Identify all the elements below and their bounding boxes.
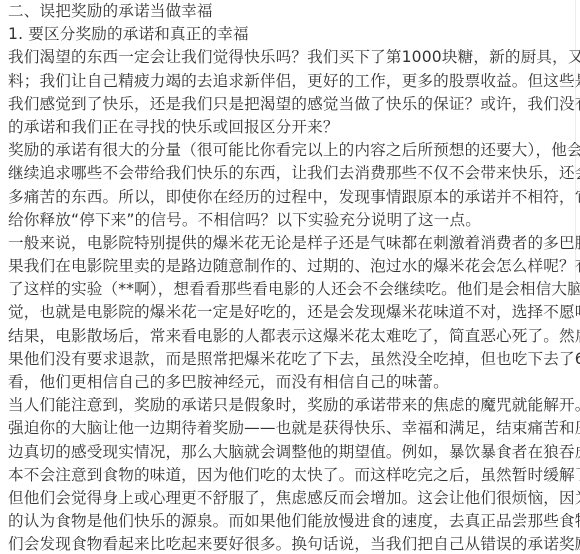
text-line: 我们渴望的东西一定会让我们觉得快乐吗？我们买下了第1000块糖，新的厨具，又一杯… (8, 46, 574, 69)
text-line: 果他们没有要求退款，而是照常把爆米花吃了下去，虽然没全吃掉，但也吃下去了60%！… (8, 348, 574, 371)
paragraph-3: 一般来说，电影院特别提供的爆米花无论是样子还是气味都在刺激着消费者的多巴胺。那如… (8, 232, 574, 394)
text-line: 本不会注意到食物的味道，因为他们吃的太快了。而这样吃完之后，虽然暂时缓解了压力， (8, 464, 574, 487)
subsection-title: 1. 要区分奖励的承诺和真正的幸福 (8, 23, 574, 46)
text-line: 一般来说，电影院特别提供的爆米花无论是样子还是气味都在刺激着消费者的多巴胺。那如 (8, 232, 574, 255)
text-line: 的承诺和我们正在寻找的快乐或回报区分开来？ (8, 116, 574, 139)
text-line: 但他们会觉得身上或心理更不舒服了，焦虑感反而会增加。这会让他们很烦恼，因为他们真 (8, 487, 574, 510)
text-line: 了这样的实验（**啊），想看看那些看电影的人还会不会继续吃。他们是会相信大脑的直 (8, 278, 574, 301)
paragraph-2: 奖励的承诺有很大的分量（很可能比你看完以上的内容之后所预想的还要大），他会让我们… (8, 139, 574, 232)
text-line: 当人们能注意到，奖励的承诺只是假象时，奖励的承诺带来的焦虑的魔咒就能解开。如果你 (8, 394, 574, 417)
text-line: 继续追求哪些不会带给我们快乐的东西，让我们去消费那些不仅不会带来快乐，还会带来更 (8, 162, 574, 185)
text-line: 多痛苦的东西。所以，即使你在经历的过程中，发现事情跟原本的承诺并不相符，它也不会 (8, 186, 574, 209)
text-line: 果我们在电影院里卖的是路边随意制作的、过期的、泡过水的爆米花会怎么样呢？有人就做 (8, 255, 574, 278)
text-line: 看，他们更相信自己的多巴胺神经元，而没有相信自己的味蕾。 (8, 371, 574, 394)
paragraph-1: 我们渴望的东西一定会让我们觉得快乐吗？我们买下了第1000块糖，新的厨具，又一杯… (8, 46, 574, 139)
text-line: 们会发现食物看起来比吃起来要好很多。换句话说，当我们把自己从错误的承诺奖励中解放 (8, 533, 574, 554)
text-line: 我们感觉到了快乐，还是我们只是把渴望的感觉当做了快乐的保证？或许，我们没有把奖励 (8, 93, 574, 116)
paragraph-4: 当人们能注意到，奖励的承诺只是假象时，奖励的承诺带来的焦虑的魔咒就能解开。如果你… (8, 394, 574, 554)
section-title: 二、误把奖励的承诺当做幸福 (8, 0, 574, 23)
text-line: 强迫你的大脑让他一边期待着奖励——也就是获得快乐、幸福和满足，结束痛苦和压力，一 (8, 417, 574, 440)
text-line: 觉，也就是电影院的爆米花一定是好吃的，还是会发现爆米花味道不对，选择不愿吃了？ (8, 301, 574, 324)
text-line: 结果，电影散场后，常来看电影的人都表示这爆米花太难吃了，简直恶心死了。然后呢？结 (8, 325, 574, 348)
text-line: 边真切的感受现实情况，那么大脑就会调整他的期望值。例如，暴饮暴食者在狼吞虎咽时根 (8, 441, 574, 464)
text-line: 给你释放“停下来”的信号。不相信吗？以下实验充分说明了这一点。 (8, 209, 574, 232)
text-line: 奖励的承诺有很大的分量（很可能比你看完以上的内容之后所预想的还要大），他会让我们 (8, 139, 574, 162)
article-body: 二、误把奖励的承诺当做幸福 1. 要区分奖励的承诺和真正的幸福 我们渴望的东西一… (8, 0, 574, 554)
text-line: 的认为食物是他们快乐的源泉。而如果他们能放慢进食的速度，去真正品尝那些食物时，他 (8, 510, 574, 533)
text-line: 料；我们让自己精疲力竭的去追求新伴侣，更好的工作，更多的股票收益。但这些是真的让 (8, 70, 574, 93)
